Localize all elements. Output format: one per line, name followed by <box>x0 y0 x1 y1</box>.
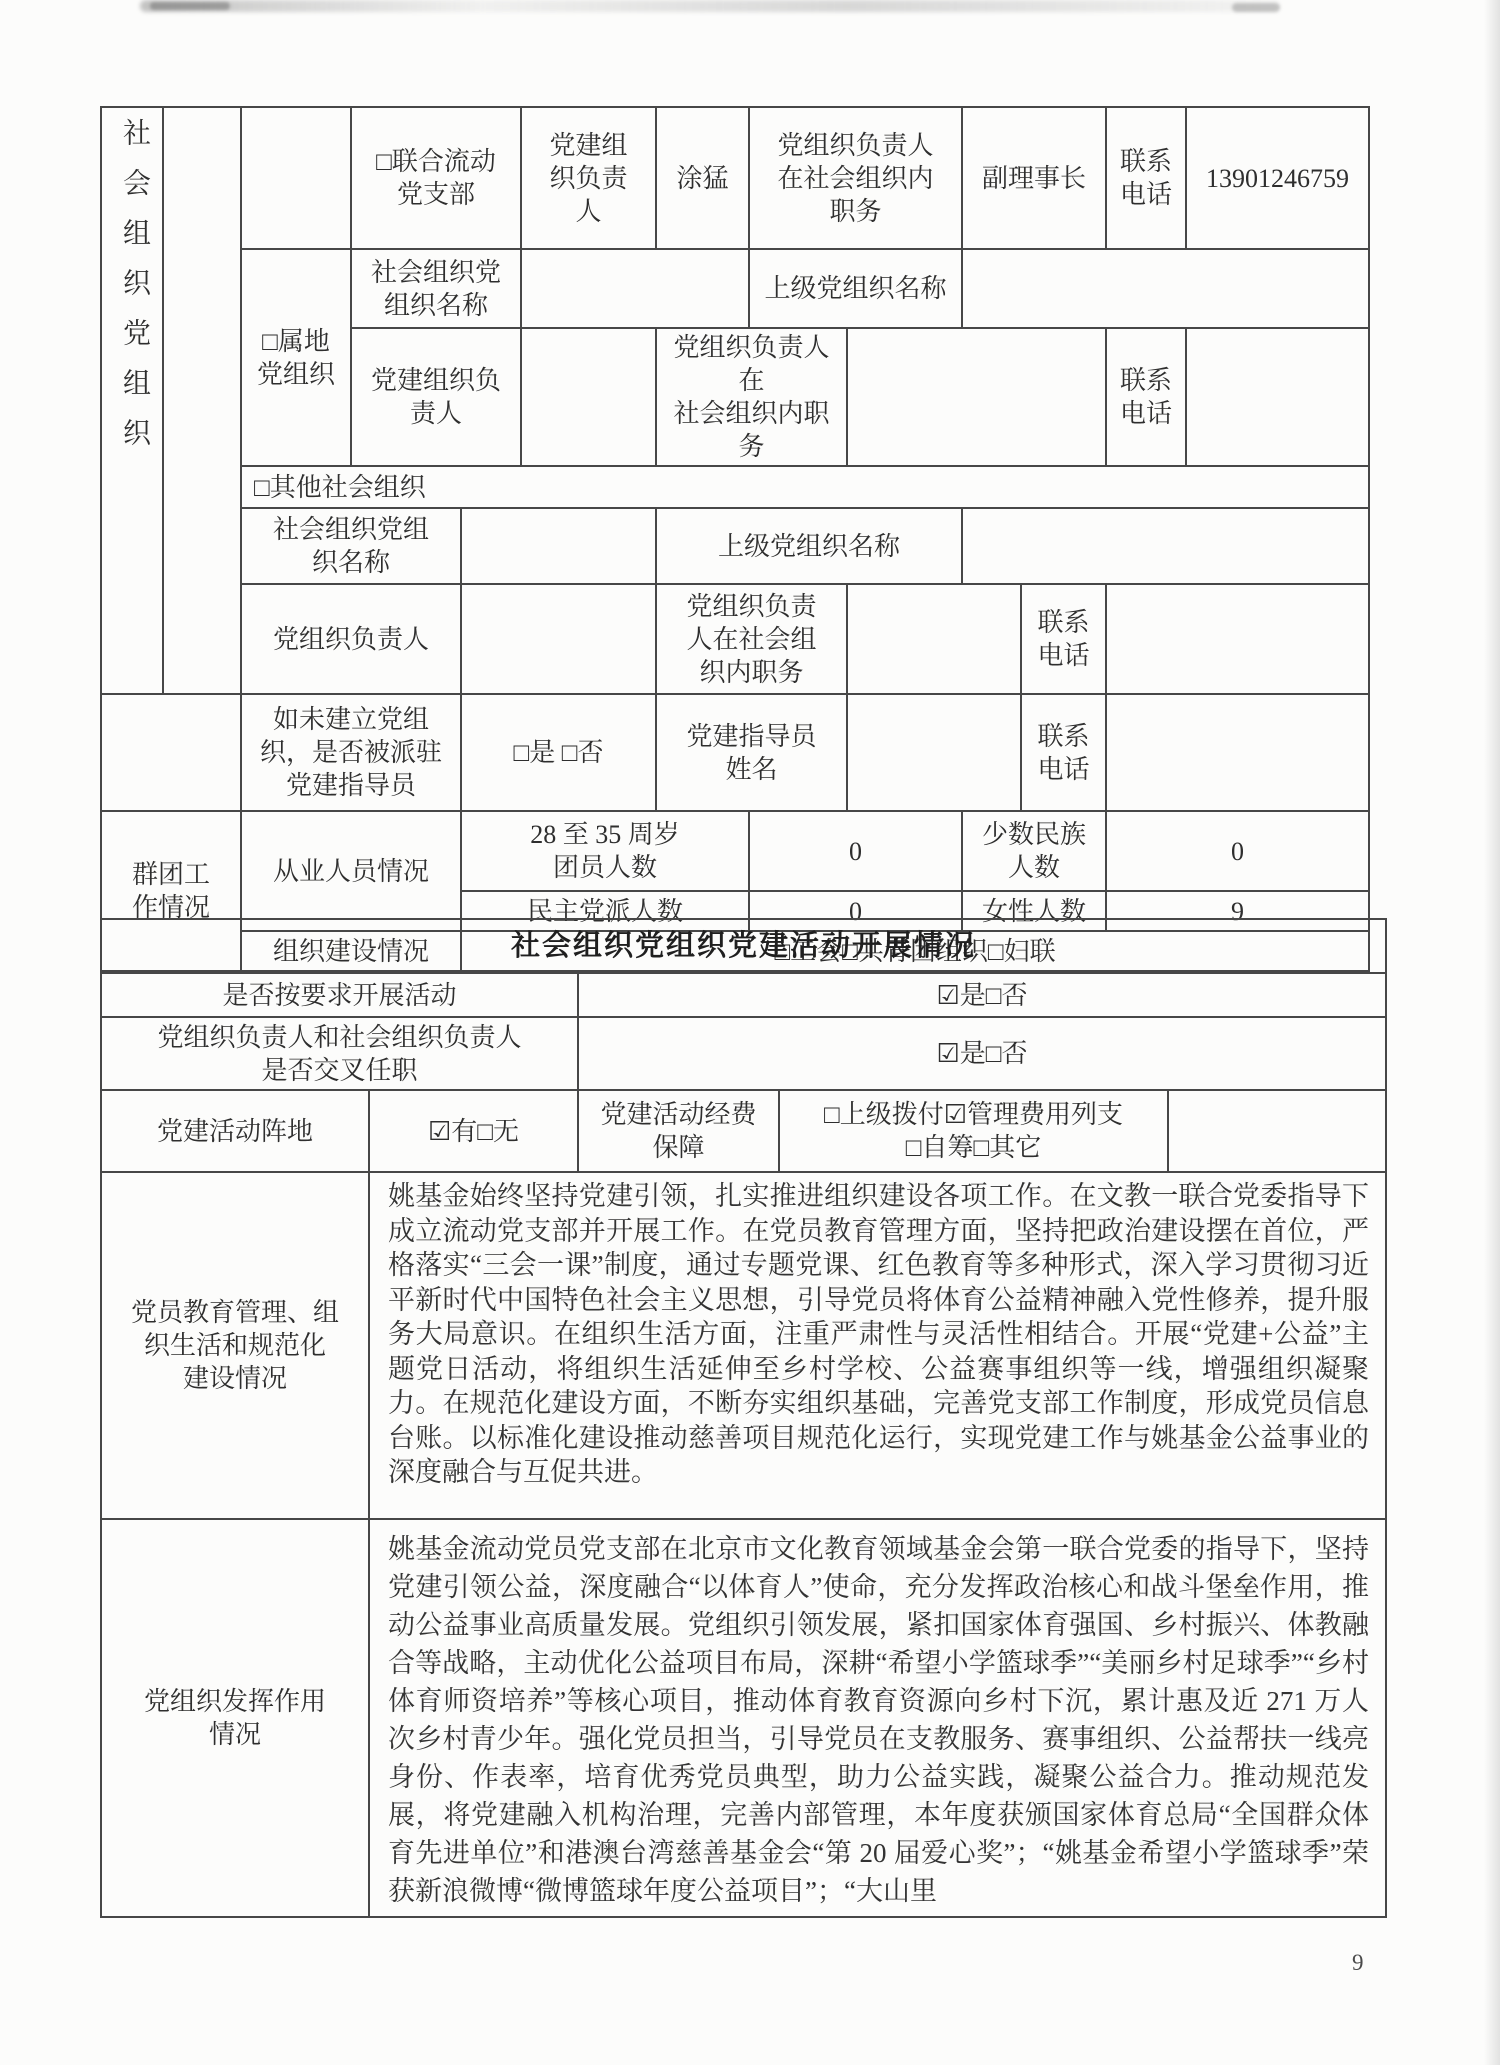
r2-org-name-value-cell <box>521 249 749 328</box>
r3-leader-label-cell: 党建组织负 责人 <box>351 328 521 466</box>
side-label-cell: 社会组织党组织 <box>101 107 163 694</box>
r5-org-name-label-cell: 社会组织党组 织名称 <box>241 508 461 584</box>
org-role-text-cell: 姚基金流动党员党支部在北京市文化教育领域基金会第一联合党委的指导下，坚持党建引领… <box>369 1519 1386 1917</box>
education-management-label-cell: 党员教育管理、组 织生活和规范化 建设情况 <box>101 1172 369 1519</box>
r1-position-value-cell: 副理事长 <box>962 107 1106 249</box>
scan-artifact-right-edge <box>1484 0 1500 2065</box>
r4-other-social-org-checkbox-cell: □其他社会组织 <box>241 466 1369 508</box>
side-spacer-cell <box>163 107 241 694</box>
activity-required-checkbox-cell: ☑是□否 <box>578 973 1386 1017</box>
employee-situation-label-cell: 从业人员情况 <box>241 811 461 931</box>
party-activity-table: 社会组织党组织党建活动开展情况 是否按要求开展活动 ☑是□否 党组织负责人和社会… <box>100 918 1387 1918</box>
minority-count-label-cell: 少数民族 人数 <box>962 811 1106 891</box>
r6-leader-value-cell <box>461 584 656 694</box>
r1-position-label-cell: 党组织负责人 在社会组织内 职务 <box>749 107 962 249</box>
r1-union-mobile-branch-checkbox-cell: □联合流动 党支部 <box>351 107 521 249</box>
activity-fund-label-cell: 党建活动经费 保障 <box>578 1090 779 1172</box>
activity-fund-empty-cell <box>1168 1090 1386 1172</box>
r7-contact-phone-value-cell <box>1106 694 1369 811</box>
minority-count-value-cell: 0 <box>1106 811 1369 891</box>
r5-org-name-value-cell <box>461 508 656 584</box>
r2-upper-org-label-cell: 上级党组织名称 <box>749 249 962 328</box>
cross-appointment-checkbox-cell: ☑是□否 <box>578 1017 1386 1090</box>
section-title: 社会组织党组织党建活动开展情况 <box>101 919 1386 973</box>
r2-local-party-org-checkbox-cell: □属地 党组织 <box>241 249 351 466</box>
scan-artifact-top <box>140 0 1280 12</box>
activity-venue-checkbox-cell: ☑有□无 <box>369 1090 578 1172</box>
r6-contact-phone-label-cell: 联系 电话 <box>1021 584 1106 694</box>
r1-party-building-leader-value-cell: 涂猛 <box>656 107 749 249</box>
r7-instructor-name-label-cell: 党建指导员 姓名 <box>656 694 847 811</box>
r1-contact-phone-value-cell: 13901246759 <box>1186 107 1369 249</box>
activity-fund-checkbox-cell: □上级拨付☑管理费用列支 □自筹□其它 <box>779 1090 1168 1172</box>
scan-artifact-top-right <box>1232 3 1280 12</box>
r6-leader-label-cell: 党组织负责人 <box>241 584 461 694</box>
r7-instructor-question-cell: 如未建立党组 织，是否被派驻 党建指导员 <box>241 694 461 811</box>
r3-contact-phone-label-cell: 联系 电话 <box>1106 328 1186 466</box>
youth-league-count-value-cell: 0 <box>749 811 962 891</box>
r1-empty-cell <box>241 107 351 249</box>
cross-appointment-label-cell: 党组织负责人和社会组织负责人 是否交叉任职 <box>101 1017 578 1090</box>
r7-instructor-name-value-cell <box>847 694 1021 811</box>
r1-contact-phone-label-cell: 联系 电话 <box>1106 107 1186 249</box>
activity-venue-label-cell: 党建活动阵地 <box>101 1090 369 1172</box>
r7-yes-no-checkbox-cell: □是 □否 <box>461 694 656 811</box>
side-label-text: 社会组织党组织 <box>108 118 160 468</box>
scanned-form-page: { "page": { "number": "9" }, "upper": { … <box>0 0 1500 2065</box>
r2-org-name-label-cell: 社会组织党 组织名称 <box>351 249 521 328</box>
r3-position-value-cell <box>847 328 1106 466</box>
social-org-party-table: 社会组织党组织 □联合流动 党支部 党建组 织负责 人 涂猛 党组织负责人 在社… <box>100 106 1370 972</box>
r5-upper-org-value-cell <box>962 508 1369 584</box>
activity-required-label-cell: 是否按要求开展活动 <box>101 973 578 1017</box>
r7-contact-phone-label-cell: 联系 电话 <box>1021 694 1106 811</box>
page-number: 9 <box>1352 1950 1364 1976</box>
r3-contact-phone-value-cell <box>1186 328 1369 466</box>
r5-upper-org-label-cell: 上级党组织名称 <box>656 508 962 584</box>
r3-empty-cell <box>521 328 656 466</box>
scan-artifact-top-dark <box>150 2 230 10</box>
education-management-text-cell: 姚基金始终坚持党建引领，扎实推进组织建设各项工作。在文教一联合党委指导下成立流动… <box>369 1172 1386 1519</box>
org-role-label-cell: 党组织发挥作用 情况 <box>101 1519 369 1917</box>
youth-league-count-label-cell: 28 至 35 周岁 团员人数 <box>461 811 749 891</box>
r6-position-value-cell <box>847 584 1021 694</box>
r2-upper-org-value-cell <box>962 249 1369 328</box>
r6-position-label-cell: 党组织负责 人在社会组 织内职务 <box>656 584 847 694</box>
r3-position-label-cell: 党组织负责人在 社会组织内职务 <box>656 328 847 466</box>
r7-left-empty-cell <box>101 694 241 811</box>
r6-contact-phone-value-cell <box>1106 584 1369 694</box>
r1-party-building-leader-label-cell: 党建组 织负责 人 <box>521 107 656 249</box>
